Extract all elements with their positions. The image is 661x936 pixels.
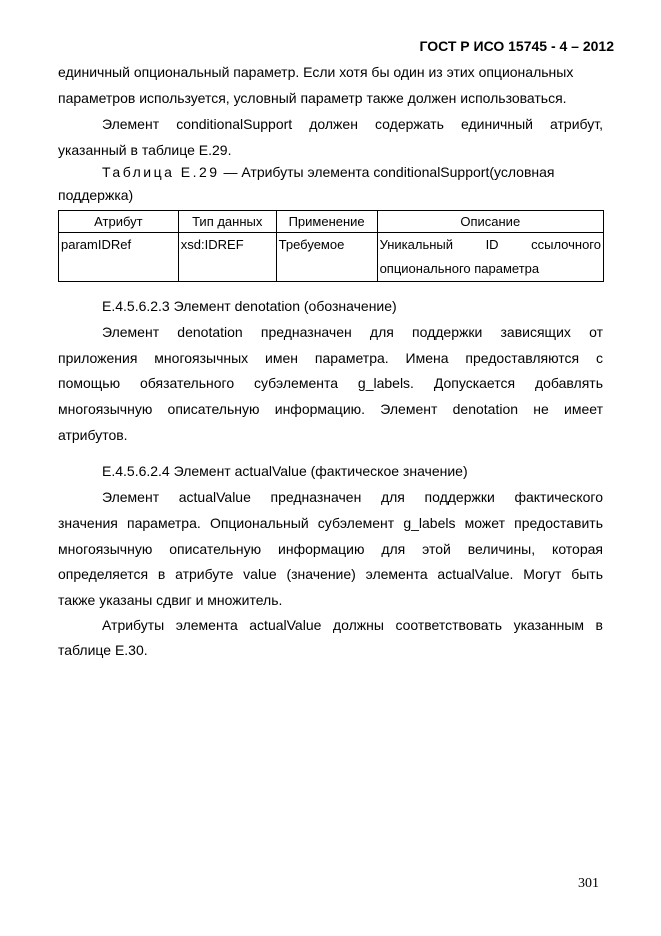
paragraph-line: таблице Е.30. <box>58 642 603 658</box>
cell-usage: Требуемое <box>276 233 377 282</box>
section-heading: Е.4.5.6.2.4 Элемент actualValue (фактиче… <box>102 463 603 479</box>
paragraph-line: значения параметра. Опциональный субэлем… <box>58 515 603 531</box>
paragraph-line: определяется в атрибуте value (значение)… <box>58 566 603 582</box>
paragraph-line: Элемент denotation предназначен для подд… <box>102 324 603 340</box>
paragraph-line: единичный опциональный параметр. Если хо… <box>58 64 603 80</box>
attributes-table: Атрибут Тип данных Применение Описание p… <box>58 210 604 282</box>
column-header: Применение <box>276 211 377 233</box>
cell-data-type: xsd:IDREF <box>178 233 276 282</box>
paragraph-line: помощью обязательного субэлемента g_labe… <box>58 375 603 391</box>
table-header-row: Атрибут Тип данных Применение Описание <box>59 211 604 233</box>
paragraph-line: приложения многоязычных имен параметра. … <box>58 350 603 366</box>
paragraph-line: Атрибуты элемента actualValue должны соо… <box>102 617 603 633</box>
paragraph-line: многоязычную описательную информацию. Эл… <box>58 401 603 417</box>
paragraph-line: указанный в таблице Е.29. <box>58 142 603 158</box>
paragraph-line: Элемент actualValue предназначен для под… <box>102 489 603 505</box>
cell-description: Уникальный ID ссылочного опционального п… <box>377 233 603 282</box>
column-header: Атрибут <box>59 211 179 233</box>
column-header: Описание <box>377 211 603 233</box>
table-row: paramIDRef xsd:IDREF Требуемое Уникальны… <box>59 233 604 282</box>
page-number: 301 <box>578 876 599 892</box>
table-caption-label: Таблица Е.29 <box>102 164 220 180</box>
section-heading: Е.4.5.6.2.3 Элемент denotation (обозначе… <box>102 298 603 314</box>
paragraph-line: Элемент conditionalSupport должен содерж… <box>102 116 603 132</box>
description-line: опционального параметра <box>380 261 540 276</box>
paragraph-line: атрибутов. <box>58 427 603 443</box>
paragraph-line: параметров используется, условный параме… <box>58 90 603 106</box>
table-caption: Таблица Е.29 — Атрибуты элемента conditi… <box>102 164 603 180</box>
paragraph-line: также указаны сдвиг и множитель. <box>58 592 603 608</box>
column-header: Тип данных <box>178 211 276 233</box>
table-caption-text: — Атрибуты элемента conditionalSupport(у… <box>220 164 555 180</box>
cell-attribute: paramIDRef <box>59 233 179 282</box>
table-caption-continued: поддержка) <box>58 187 603 203</box>
description-line: Уникальный ID ссылочного <box>380 233 601 257</box>
paragraph-line: многоязычную описательную информацию для… <box>58 541 603 557</box>
document-code-header: ГОСТ Р ИСО 15745 - 4 – 2012 <box>419 38 614 54</box>
